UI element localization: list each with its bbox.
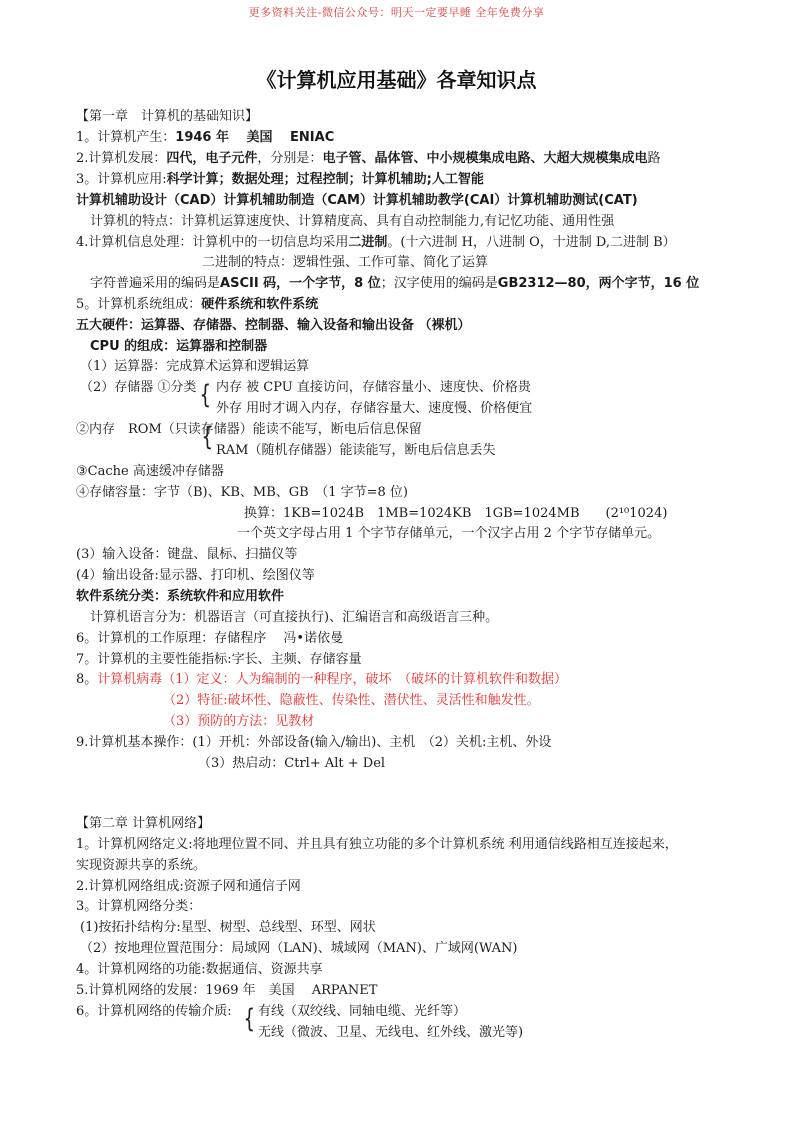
ch1-memory-rom: ②内存 ROM（只读存储器）能读不能写，断电后信息保留 <box>76 421 422 439</box>
header-banner: 更多资料关注-微信公众号：明天一定要早睡 全年免费分享 <box>0 4 793 20</box>
chapter2-heading: 【第二章 计算机网络】 <box>76 815 210 833</box>
brace-icon: { <box>201 424 213 450</box>
ch2-topology: (1)按拓扑结构分:星型、树型、总线型、环型、网状 <box>80 919 376 937</box>
ch1-capacity: ④存储容量：字节（B)、KB、MB、GB （1 字节=8 位) <box>76 484 408 502</box>
ch2-item-4: 4。计算机网络的功能:数据通信、资源共享 <box>76 961 323 979</box>
brace-icon: { <box>199 382 211 408</box>
ch1-storage-internal: 内存 被 CPU 直接访问，存储容量小、速度快、价格贵 <box>216 379 531 397</box>
ch2-wired: 有线（双绞线、同轴电缆、光纤等） <box>258 1003 466 1021</box>
ch1-virus-prevention: （3）预防的方法：见教材 <box>163 713 314 731</box>
text: 4.计算机信息处理：计算机中的一切信息均采用 <box>76 235 348 250</box>
ch1-item-9: 9.计算机基本操作：(1）开机：外部设备(输入/输出)、主机 （2）关机:主机、… <box>76 734 551 752</box>
bold-text: GB2312—80，两个字节，16 位 <box>498 276 699 291</box>
text: 字符普遍采用的编码是 <box>90 276 220 291</box>
ch1-output-devices: (4）输出设备:显示器、打印机、绘图仪等 <box>76 567 315 585</box>
ch1-item-8: 8。计算机病毒（1）定义：人为编制的一种程序，破坏 （破坏的计算机软件和数据） <box>76 671 567 689</box>
ch1-five-hardware: 五大硬件：运算器、存储器、控制器、输入设备和输出设备 （裸机） <box>76 317 471 335</box>
chapter1-heading: 【第一章 计算机的基础知识】 <box>76 108 258 126</box>
text: 。(十六进制 H，八进制 O，十进制 D,二进制 B） <box>387 235 675 250</box>
ch2-item-2: 2.计算机网络组成:资源子网和通信子网 <box>76 878 301 896</box>
bold-text: 1946 年 美国 ENIAC <box>175 130 334 145</box>
ch2-item-6: 6。计算机网络的传输介质: <box>76 1003 232 1021</box>
ch1-conversion: 换算：1KB=1024B 1MB=1024KB 1GB=1024MB (2¹⁰1… <box>244 505 667 523</box>
ch1-cad-line: 计算机辅助设计（CAD）计算机辅助制造（CAM）计算机辅助教学(CAI）计算机辅… <box>76 192 638 210</box>
ch1-virus-traits: （2）特征:破坏性、隐蔽性、传染性、潜伏性、灵活性和触发性。 <box>163 692 540 710</box>
ch2-item-5: 5.计算机网络的发展：1969 年 美国 ARPANET <box>76 982 377 1000</box>
ch1-memory-ram: RAM（随机存储器）能读能写，断电后信息丢失 <box>216 442 496 460</box>
text: 路 <box>647 151 660 166</box>
ch2-geography: （2）按地理位置范围分：局域网（LAN)、城域网（MAN)、广域网(WAN) <box>80 940 518 958</box>
ch1-languages: 计算机语言分为：机器语言（可直接执行)、汇编语言和高级语言三种。 <box>90 609 498 627</box>
text: 5。计算机系统组成： <box>76 297 201 312</box>
bold-text: 科学计算；数据处理；过程控制；计算机辅助;人工智能 <box>167 172 484 187</box>
text: ，分别是： <box>257 151 322 166</box>
ch1-item-6: 6。计算机的工作原理：存储程序 冯•诺依曼 <box>76 630 343 648</box>
text: 8。 <box>76 672 97 687</box>
ch1-item-7: 7。计算机的主要性能指标:字长、主频、存储容量 <box>76 651 362 669</box>
bold-text: 四代，电子元件 <box>166 151 257 166</box>
ch1-binary-features: 二进制的特点：逻辑性强、工作可靠、简化了运算 <box>202 254 488 272</box>
text: ；汉字使用的编码是 <box>381 276 498 291</box>
page-title: 《计算机应用基础》各章知识点 <box>0 64 793 93</box>
brace-icon: { <box>243 1006 255 1032</box>
bold-text: 硬件系统和软件系统 <box>201 297 318 312</box>
red-text: 计算机病毒（1）定义：人为编制的一种程序，破坏 （破坏的计算机软件和数据） <box>97 672 567 687</box>
ch1-alu: （1）运算器：完成算术运算和逻辑运算 <box>80 358 309 376</box>
ch1-item-4: 4.计算机信息处理：计算机中的一切信息均采用二进制。(十六进制 H，八进制 O，… <box>76 234 676 252</box>
ch2-item-3: 3。计算机网络分类： <box>76 898 201 916</box>
bold-text: 二进制 <box>348 235 387 250</box>
ch2-wireless: 无线（微波、卫星、无线电、红外线、激光等) <box>258 1024 523 1042</box>
ch1-storage: （2）存储器 ①分类 <box>80 379 196 397</box>
ch1-item-3: 3。计算机应用:科学计算；数据处理；过程控制；计算机辅助;人工智能 <box>76 171 484 189</box>
ch1-storage-external: 外存 用时才调入内存，存储容量大、速度慢、价格便宜 <box>216 400 532 418</box>
text: 3。计算机应用: <box>76 172 167 187</box>
ch1-cache: ③Cache 高速缓冲存储器 <box>76 463 224 481</box>
text: 2.计算机发展： <box>76 151 166 166</box>
ch1-input-devices: (3）输入设备：键盘、鼠标、扫描仪等 <box>76 546 297 564</box>
ch1-features: 计算机的特点：计算机运算速度快、计算精度高、具有自动控制能力,有记忆功能、通用性… <box>90 213 614 231</box>
text: 1。计算机产生： <box>76 130 175 145</box>
ch1-item-5: 5。计算机系统组成：硬件系统和软件系统 <box>76 296 318 314</box>
ch2-item-1: 1。计算机网络定义:将地理位置不同、并且具有独立功能的多个计算机系统 利用通信线… <box>76 836 678 854</box>
ch1-warm-boot: （3）热启动：Ctrl+ Alt + Del <box>198 755 385 773</box>
ch1-item-2: 2.计算机发展：四代，电子元件，分别是：电子管、晶体管、中小规模集成电路、大超大… <box>76 150 660 168</box>
ch1-char-storage: 一个英文字母占用 1 个字节存储单元，一个汉字占用 2 个字节存储单元。 <box>237 525 660 543</box>
ch1-item-1: 1。计算机产生：1946 年 美国 ENIAC <box>76 129 334 147</box>
ch1-cpu: CPU 的组成：运算器和控制器 <box>90 338 267 356</box>
ch2-item-1-cont: 实现资源共享的系统。 <box>76 857 206 875</box>
bold-text: ASCII 码，一个字节，8 位 <box>220 276 381 291</box>
ch1-software-types: 软件系统分类：系统软件和应用软件 <box>76 588 284 606</box>
bold-text: 电子管、晶体管、中小规模集成电路、大超大规模集成电 <box>322 151 647 166</box>
ch1-encoding: 字符普遍采用的编码是ASCII 码，一个字节，8 位；汉字使用的编码是GB231… <box>90 275 699 293</box>
